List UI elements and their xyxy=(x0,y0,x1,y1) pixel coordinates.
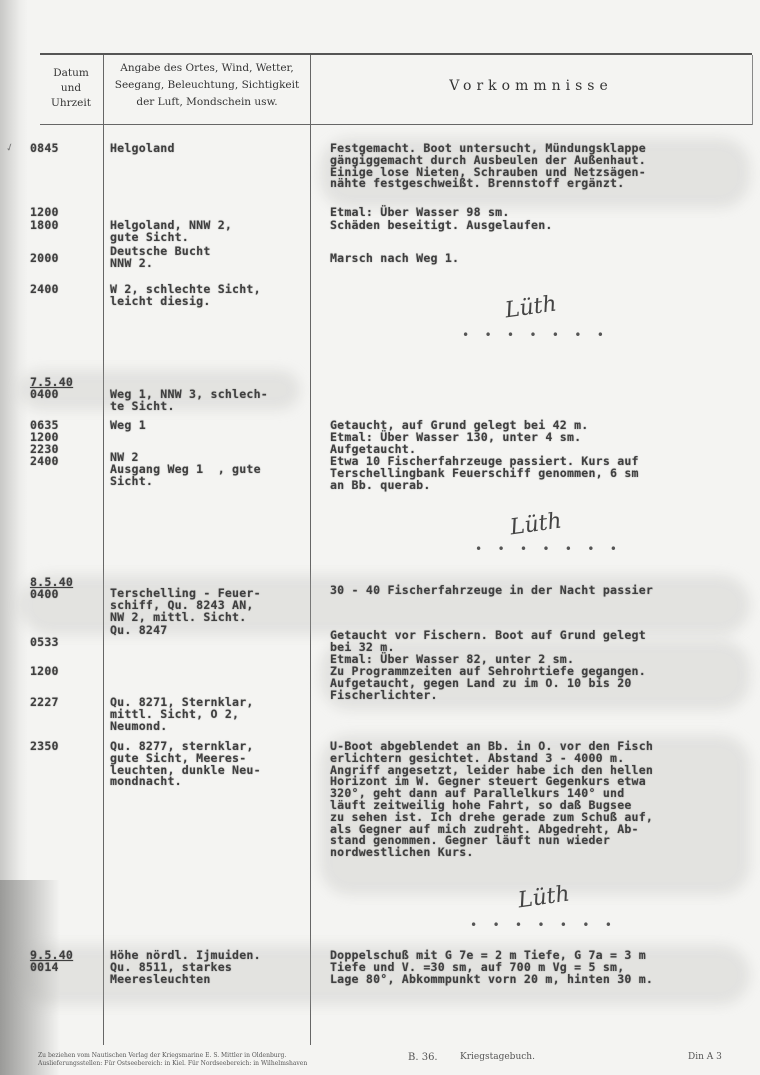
entry-place: Qu. 8277, sternklar, gute Sicht, Meeres-… xyxy=(110,741,261,788)
entry-event: U-Boot abgeblendet an Bb. in O. vor den … xyxy=(330,741,653,859)
entry-event: Getaucht vor Fischern. Boot auf Grund ge… xyxy=(330,630,646,654)
entry-place: Qu. 8247 xyxy=(110,625,167,637)
footer-form-title: Kriegstagebuch. xyxy=(460,1052,535,1062)
entry-place: W 2, schlechte Sicht, leicht diesig. xyxy=(110,284,261,308)
header-place-weather: Angabe des Ortes, Wind, Wetter, Seegang,… xyxy=(104,60,310,111)
separator-dots: • • • • • • • xyxy=(475,542,621,556)
entry-event: Schäden beseitigt. Ausgelaufen. xyxy=(330,220,553,232)
entry-time: 2000 xyxy=(30,253,100,265)
entry-event: Aufgetaucht, gegen Land zu im O. 10 bis … xyxy=(330,678,632,702)
entry-time: 1800 xyxy=(30,220,100,232)
entry-place: Qu. 8271, Sternklar, mittl. Sicht, O 2, … xyxy=(110,697,254,732)
entry-place: Deutsche Bucht NNW 2. xyxy=(110,246,211,270)
signature: Lüth xyxy=(504,292,559,324)
entry-time: 0845 xyxy=(30,143,100,155)
entry-event: Festgemacht. Boot untersucht, Mündungskl… xyxy=(330,143,646,190)
footer-form-number: B. 36. xyxy=(408,1052,438,1063)
entry-place: Helgoland xyxy=(110,143,175,155)
column-divider xyxy=(310,55,311,1045)
entry-place: Ausgang Weg 1 , gute Sicht. xyxy=(110,464,261,488)
header-date-time: Datum und Uhrzeit xyxy=(40,66,102,111)
entry-time: 0400 xyxy=(30,389,100,401)
entry-place: Höhe nördl. Ijmuiden. Qu. 8511, starkes … xyxy=(110,950,261,985)
signature: Lüth xyxy=(509,509,564,541)
entry-place: Weg 1 xyxy=(110,420,146,432)
entry-place: Terschelling - Feuer- schiff, Qu. 8243 A… xyxy=(110,588,261,623)
entry-place: Helgoland, NNW 2, gute Sicht. xyxy=(110,220,232,244)
entry-place: Weg 1, NNW 3, schlech- te Sicht. xyxy=(110,389,268,413)
entry-event: 30 - 40 Fischerfahrzeuge in der Nacht pa… xyxy=(330,585,653,597)
entry-time: 0533 xyxy=(30,637,100,649)
entry-time: 2400 xyxy=(30,284,100,296)
footer-form-size: Din A 3 xyxy=(688,1052,722,1062)
entry-time: 1200 xyxy=(30,666,100,678)
separator-dots: • • • • • • • xyxy=(462,328,608,342)
entry-event: Marsch nach Weg 1. xyxy=(330,253,459,265)
entry-time: 0400 xyxy=(30,589,100,601)
header-events: Vorkommnisse xyxy=(311,78,751,94)
separator-dots: • • • • • • • xyxy=(470,918,616,932)
header-bottom-rule xyxy=(40,124,752,125)
entry-event: Etwa 10 Fischerfahrzeuge passiert. Kurs … xyxy=(330,456,639,491)
entry-time: 2400 xyxy=(30,456,100,468)
column-divider xyxy=(752,55,753,125)
entry-event: Doppelschuß mit G 7e = 2 m Tiefe, G 7a =… xyxy=(330,950,653,985)
footer-imprint: Zu beziehen vom Nautischen Verlag der Kr… xyxy=(38,1052,338,1068)
entry-time: 2227 xyxy=(30,697,100,709)
table-top-rule xyxy=(40,53,752,55)
column-divider xyxy=(103,55,104,1045)
entry-time: 2350 xyxy=(30,741,100,753)
entry-event: Etmal: Über Wasser 82, unter 2 sm. Zu Pr… xyxy=(330,654,646,678)
entry-time: 0014 xyxy=(30,962,100,974)
